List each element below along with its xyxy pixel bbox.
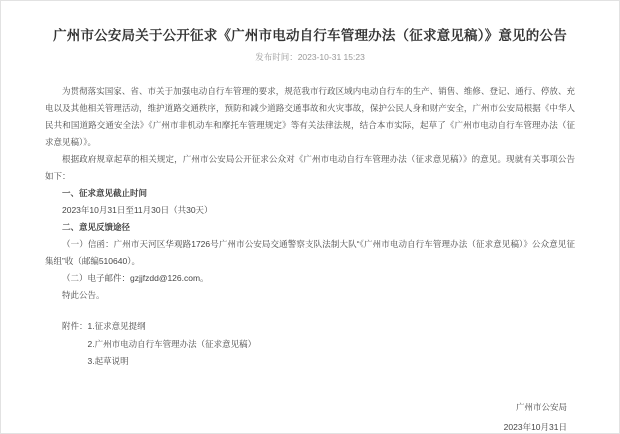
feedback-item-email: （二）电子邮件：gzjjfzdd@126.com。 [45,270,575,287]
feedback-item-letter: （一）信函：广州市天河区华观路1726号广州市公安局交通警察支队法制大队“《广州… [45,236,575,270]
signature-name: 广州市公安局 [45,397,567,417]
announcement-body: 为贯彻落实国家、省、市关于加强电动自行车管理的要求，规范我市行政区域内电动自行车… [45,83,575,304]
section-2-heading: 二、意见反馈途径 [45,219,575,236]
attachments-list: 1.征求意见提纲 2.广州市电动自行车管理办法（征求意见稿） 3.起草说明 [88,318,575,371]
attachment-item-3: 3.起草说明 [88,353,575,371]
attachments-label: 附件： [62,318,88,371]
publish-time: 发布时间：2023-10-31 15:23 [45,51,575,63]
attachments-block: 附件： 1.征求意见提纲 2.广州市电动自行车管理办法（征求意见稿） 3.起草说… [45,318,575,371]
announcement-document: 广州市公安局关于公开征求《广州市电动自行车管理办法（征求意见稿）》意见的公告 发… [1,1,619,434]
signature-date: 2023年10月31日 [45,417,567,434]
closing-statement: 特此公告。 [45,287,575,304]
intro-paragraph: 为贯彻落实国家、省、市关于加强电动自行车管理的要求，规范我市行政区域内电动自行车… [45,83,575,151]
signature-block: 广州市公安局 2023年10月31日 [45,397,575,434]
section-1-heading: 一、征求意见截止时间 [45,185,575,202]
page-title: 广州市公安局关于公开征求《广州市电动自行车管理办法（征求意见稿）》意见的公告 [45,26,575,45]
deadline-text: 2023年10月31日至11月30日（共30天） [45,202,575,219]
announcement-page: 广州市公安局关于公开征求《广州市电动自行车管理办法（征求意见稿）》意见的公告 发… [0,0,620,434]
attachment-item-2: 2.广州市电动自行车管理办法（征求意见稿） [88,336,575,354]
attachment-item-1: 1.征求意见提纲 [88,318,575,336]
basis-paragraph: 根据政府规章起草的相关规定，广州市公安局公开征求公众对《广州市电动自行车管理办法… [45,151,575,185]
